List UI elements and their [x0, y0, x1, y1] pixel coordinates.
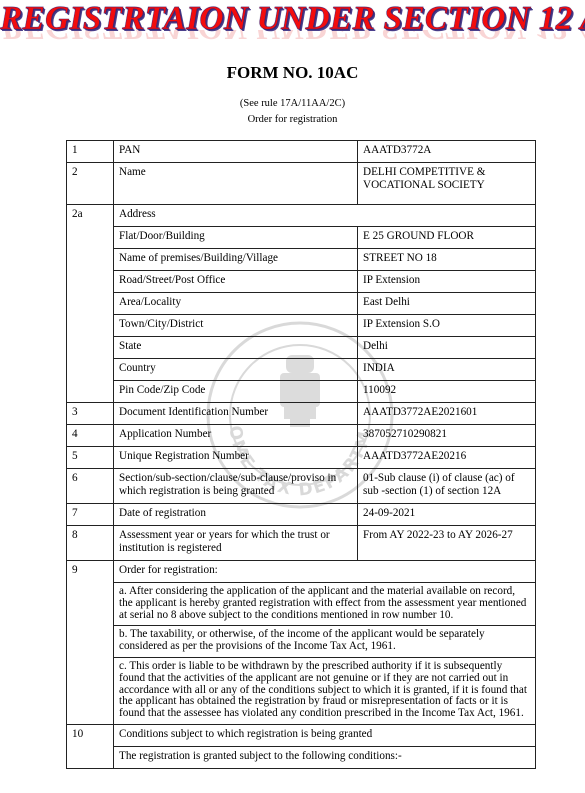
table-row-pan: 1 PAN AAATD3772A [67, 141, 536, 163]
rule-reference: (See rule 17A/11AA/2C) [0, 97, 585, 110]
table-row-conditions: 10 Conditions subject to which registrat… [67, 724, 536, 746]
registration-form-table: 1 PAN AAATD3772A 2 Name DELHI COMPETITIV… [66, 140, 536, 769]
order-paragraph-text: c. This order is liable to be withdrawn … [114, 657, 536, 724]
field-label: Section/sub-section/clause/sub-clause/pr… [114, 469, 358, 504]
registration-date-value: 24-09-2021 [358, 504, 536, 526]
state-value: Delhi [358, 337, 536, 359]
urn-value: AAATD3772AE20216 [358, 447, 536, 469]
table-row-din: 3 Document Identification Number AAATD37… [67, 403, 536, 425]
table-row-name: 2 Name DELHI COMPETITIVE & VOCATIONAL SO… [67, 163, 536, 205]
flat-value: E 25 GROUND FLOOR [358, 227, 536, 249]
field-label: Unique Registration Number [114, 447, 358, 469]
address-row-town: Town/City/District IP Extension S.O [67, 315, 536, 337]
field-label: Document Identification Number [114, 403, 358, 425]
order-paragraph-a: a. After considering the application of … [67, 583, 536, 626]
row-number: 7 [67, 504, 114, 526]
address-row-road: Road/Street/Post Office IP Extension [67, 271, 536, 293]
address-row-premises: Name of premises/Building/Village STREET… [67, 249, 536, 271]
premises-value: STREET NO 18 [358, 249, 536, 271]
order-paragraph-c: c. This order is liable to be withdrawn … [67, 657, 536, 724]
row-number: 8 [67, 526, 114, 561]
field-label: Name [114, 163, 358, 205]
row-number: 10 [67, 724, 114, 768]
field-label: State [114, 337, 358, 359]
order-subtitle: Order for registration [0, 113, 585, 126]
field-label: Assessment year or years for which the t… [114, 526, 358, 561]
row-number: 1 [67, 141, 114, 163]
table-row-address: 2a Address [67, 205, 536, 227]
row-number: 5 [67, 447, 114, 469]
address-row-state: State Delhi [67, 337, 536, 359]
town-value: IP Extension S.O [358, 315, 536, 337]
field-label: Date of registration [114, 504, 358, 526]
page-banner: REGISTRTAION UNDER SECTION 12 A REGISTRT… [0, 0, 585, 44]
field-label: Conditions subject to which registration… [114, 724, 536, 746]
field-label: Address [114, 205, 536, 227]
field-label: Flat/Door/Building [114, 227, 358, 249]
row-number: 9 [67, 561, 114, 725]
table-row-urn: 5 Unique Registration Number AAATD3772AE… [67, 447, 536, 469]
field-label: Order for registration: [114, 561, 536, 583]
field-label: Area/Locality [114, 293, 358, 315]
field-label: Road/Street/Post Office [114, 271, 358, 293]
table-row-date: 7 Date of registration 24-09-2021 [67, 504, 536, 526]
area-value: East Delhi [358, 293, 536, 315]
order-paragraph-text: b. The taxability, or otherwise, of the … [114, 626, 536, 658]
table-row-assessment-years: 8 Assessment year or years for which the… [67, 526, 536, 561]
address-row-flat: Flat/Door/Building E 25 GROUND FLOOR [67, 227, 536, 249]
assessment-years-value: From AY 2022-23 to AY 2026-27 [358, 526, 536, 561]
row-number: 2a [67, 205, 114, 403]
section-value: 01-Sub clause (i) of clause (ac) of sub … [358, 469, 536, 504]
row-number: 3 [67, 403, 114, 425]
table-row-section: 6 Section/sub-section/clause/sub-clause/… [67, 469, 536, 504]
field-label: Country [114, 359, 358, 381]
field-label: Town/City/District [114, 315, 358, 337]
order-paragraph-b: b. The taxability, or otherwise, of the … [67, 626, 536, 658]
row-number: 4 [67, 425, 114, 447]
address-row-country: Country INDIA [67, 359, 536, 381]
table-row-order: 9 Order for registration: [67, 561, 536, 583]
conditions-intro-text: The registration is granted subject to t… [114, 746, 536, 768]
din-value: AAATD3772AE2021601 [358, 403, 536, 425]
banner-title: REGISTRTAION UNDER SECTION 12 A [0, 2, 585, 36]
name-value: DELHI COMPETITIVE & VOCATIONAL SOCIETY [358, 163, 536, 205]
application-number-value: 387052710290821 [358, 425, 536, 447]
table-row-application: 4 Application Number 387052710290821 [67, 425, 536, 447]
address-row-area: Area/Locality East Delhi [67, 293, 536, 315]
field-label: Application Number [114, 425, 358, 447]
order-paragraph-text: a. After considering the application of … [114, 583, 536, 626]
road-value: IP Extension [358, 271, 536, 293]
form-number-heading: FORM NO. 10AC [0, 63, 585, 83]
row-number: 6 [67, 469, 114, 504]
field-label: Pin Code/Zip Code [114, 381, 358, 403]
field-label: PAN [114, 141, 358, 163]
row-number: 2 [67, 163, 114, 205]
country-value: INDIA [358, 359, 536, 381]
pincode-value: 110092 [358, 381, 536, 403]
field-label: Name of premises/Building/Village [114, 249, 358, 271]
pan-value: AAATD3772A [358, 141, 536, 163]
address-row-pincode: Pin Code/Zip Code 110092 [67, 381, 536, 403]
conditions-intro-row: The registration is granted subject to t… [67, 746, 536, 768]
